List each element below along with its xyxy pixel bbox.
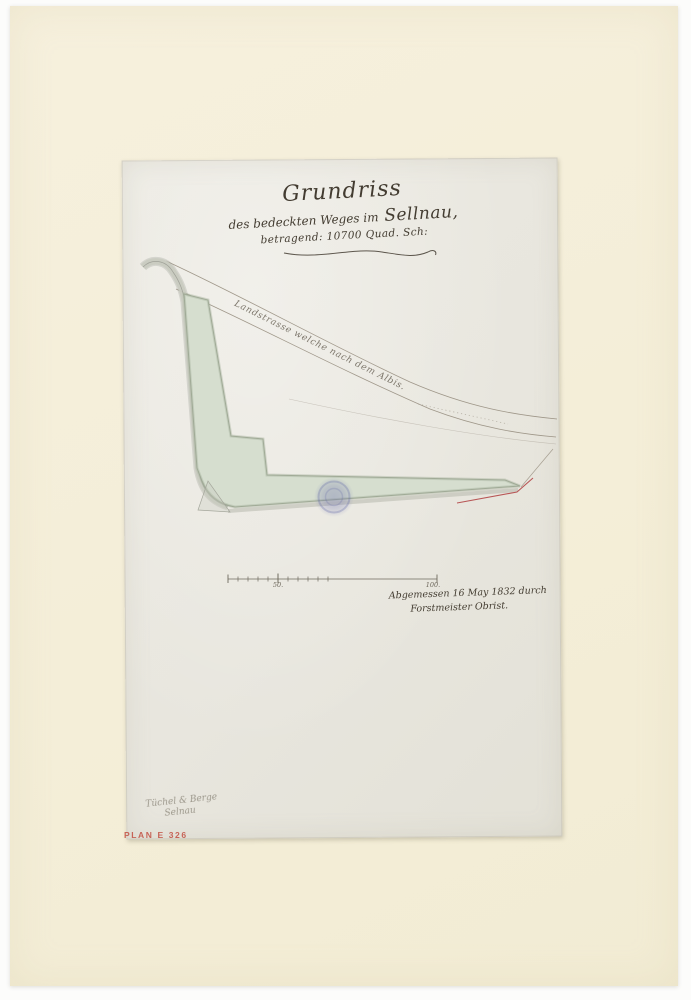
title-line2-placename: Sellnau, xyxy=(378,202,459,226)
plan-sheet xyxy=(122,157,563,839)
plan-title: Grundriss des bedeckten Weges im Sellnau… xyxy=(223,174,464,248)
catalog-stamp: PLAN E 326 xyxy=(124,830,188,840)
scanned-plan-page: Grundriss des bedeckten Weges im Sellnau… xyxy=(0,0,691,1000)
survey-note: Abgemessen 16 May 1832 durch Forstmeiste… xyxy=(389,586,530,616)
scale-mid-label: 50. xyxy=(269,581,287,589)
